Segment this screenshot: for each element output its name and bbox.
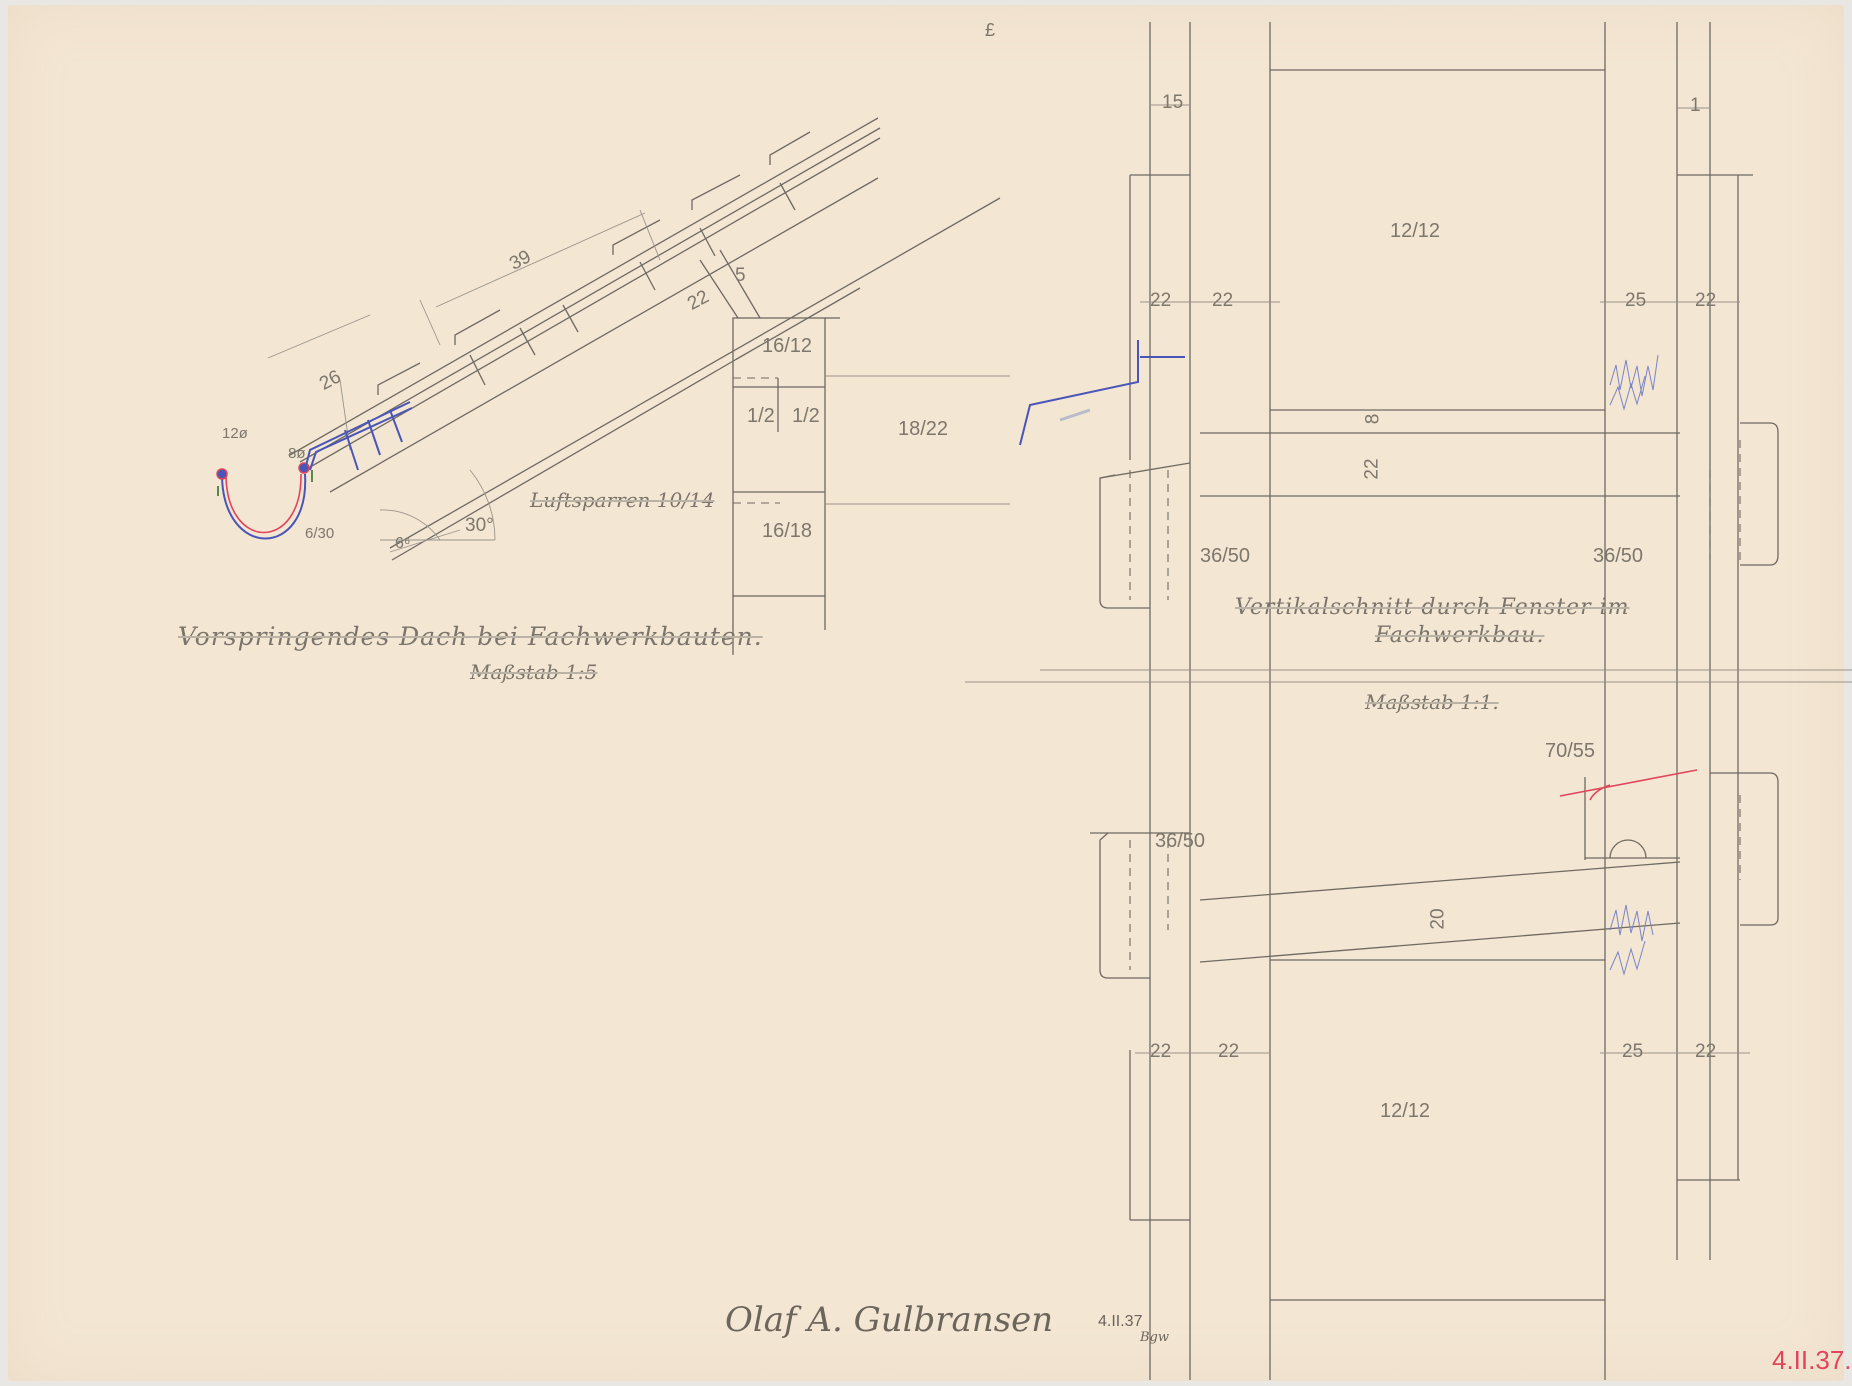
lintel-depth-dim: 22 <box>1362 458 1384 479</box>
lintel-gap-dim: 8 <box>1362 414 1384 425</box>
dim-upper-22-c: 22 <box>1695 290 1716 312</box>
left-drawing-scale: Maßstab 1:5 <box>470 660 597 684</box>
frame-label-drip: 70/55 <box>1545 740 1595 763</box>
red-date-stamp: 4.II.37. <box>1772 1345 1852 1376</box>
frame-label-lower-left: 36/50 <box>1155 830 1205 853</box>
signature-name: Olaf A. Gulbransen <box>725 1300 1053 1340</box>
dim-6-6: 6⁶ <box>395 535 410 553</box>
dim-5: 5 <box>735 265 746 287</box>
dim-12-diameter: 12ø <box>222 425 248 442</box>
frame-label-upper-right: 36/50 <box>1593 545 1643 568</box>
technical-drawing <box>0 0 1852 1386</box>
roof-angle-label: 30° <box>465 515 494 537</box>
dim-lower-25: 25 <box>1622 1041 1643 1063</box>
dim-upper-22-b: 22 <box>1212 290 1233 312</box>
timber-16-18: 16/18 <box>762 520 812 543</box>
signature-date: 4.II.37 <box>1098 1313 1142 1331</box>
post-label-top: 12/12 <box>1390 220 1440 243</box>
frame-label-upper-left: 36/50 <box>1200 545 1250 568</box>
dim-lower-22-a: 22 <box>1150 1041 1171 1063</box>
right-drawing-title-line1: Vertikalschnitt durch Fenster im <box>1235 595 1629 620</box>
signature-initials: Bgw <box>1140 1330 1169 1345</box>
dim-lower-22-b: 22 <box>1218 1041 1239 1063</box>
post-label-bottom: 12/12 <box>1380 1100 1430 1123</box>
right-drawing-title-line2: Fachwerkbau. <box>1375 623 1544 648</box>
timber-18-22: 18/22 <box>898 418 948 441</box>
right-drawing-scale: Maßstab 1:1. <box>1365 690 1499 714</box>
dim-top-1: 1 <box>1690 95 1701 117</box>
sill-depth-dim: 20 <box>1428 908 1450 929</box>
left-drawing-title: Vorspringendes Dach bei Fachwerkbauten. <box>178 622 763 651</box>
rafter-label: Luftsparren 10/14 <box>530 488 714 512</box>
timber-16-12: 16/12 <box>762 335 812 358</box>
timber-half-left: 1/2 <box>747 405 775 428</box>
dim-8-diameter: 8ø <box>288 445 306 462</box>
dim-6-30: 6/30 <box>305 525 334 542</box>
top-corner-mark: £ <box>985 20 995 41</box>
dim-lower-22-c: 22 <box>1695 1041 1716 1063</box>
dim-top-15: 15 <box>1162 92 1183 114</box>
timber-half-right: 1/2 <box>792 405 820 428</box>
dim-upper-25: 25 <box>1625 290 1646 312</box>
dim-upper-22-a: 22 <box>1150 290 1171 312</box>
